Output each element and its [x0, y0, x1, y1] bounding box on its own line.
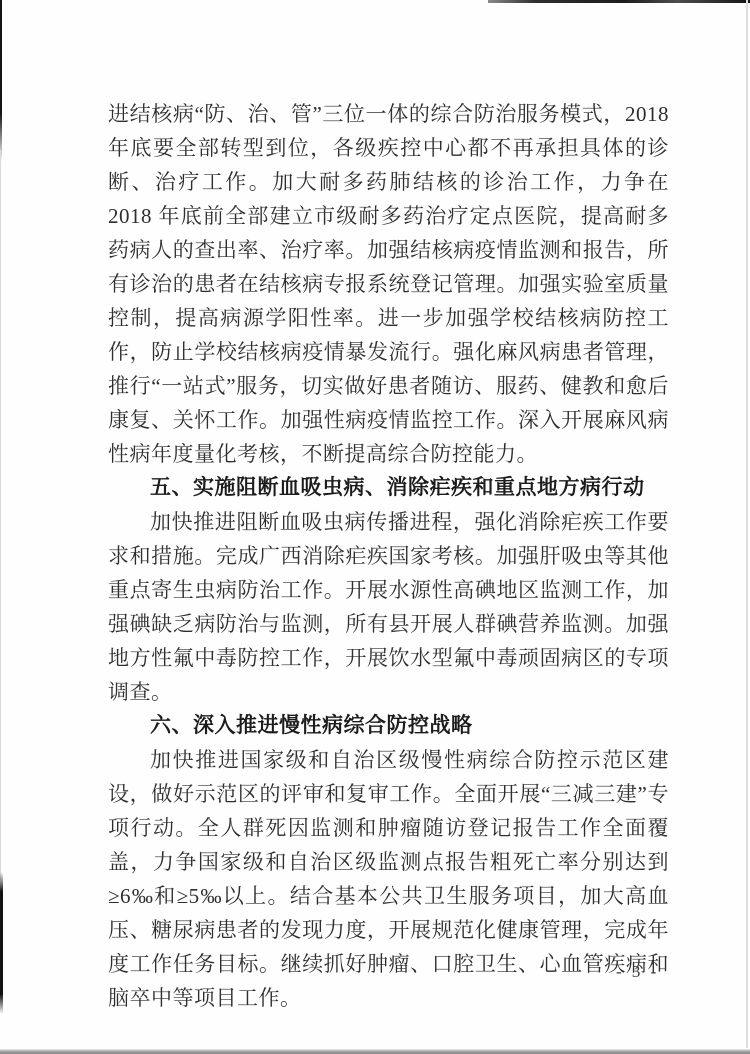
scanned-document-page: 进结核病“防、治、管”三位一体的综合防治服务模式，2018年底要全部转型到位，各…: [0, 0, 750, 1054]
page-number: - 3 -: [616, 962, 659, 982]
scan-edge-bottom-artifact: [0, 1049, 750, 1054]
heading-section-5-schistosomiasis-malaria-endemic-action: 五、实施阻断血吸虫病、消除疟疾和重点地方病行动: [108, 471, 669, 505]
paragraph-chronic-disease-control-measures: 加快推进国家级和自治区级慢性病综合防控示范区建设，做好示范区的评审和复审工作。全…: [108, 743, 669, 1015]
heading-section-6-chronic-disease-strategy: 六、深入推进慢性病综合防控战略: [108, 709, 669, 743]
paragraph-schistosomiasis-malaria-endemic-measures: 加快推进阻断血吸虫病传播进程，强化消除疟疾工作要求和措施。完成广西消除疟疾国家考…: [108, 505, 669, 709]
scan-edge-left-top-artifact: [0, 0, 2, 162]
scan-edge-top-artifact: [488, 0, 750, 3]
document-body: 进结核病“防、治、管”三位一体的综合防治服务模式，2018年底要全部转型到位，各…: [108, 97, 669, 1015]
scan-edge-left-faint-artifact: [0, 150, 1, 880]
scan-edge-right-artifact: [746, 0, 748, 1048]
paragraph-tb-leprosy-std-control: 进结核病“防、治、管”三位一体的综合防治服务模式，2018年底要全部转型到位，各…: [108, 97, 669, 471]
scan-edge-left-bottom-artifact: [0, 872, 3, 1014]
